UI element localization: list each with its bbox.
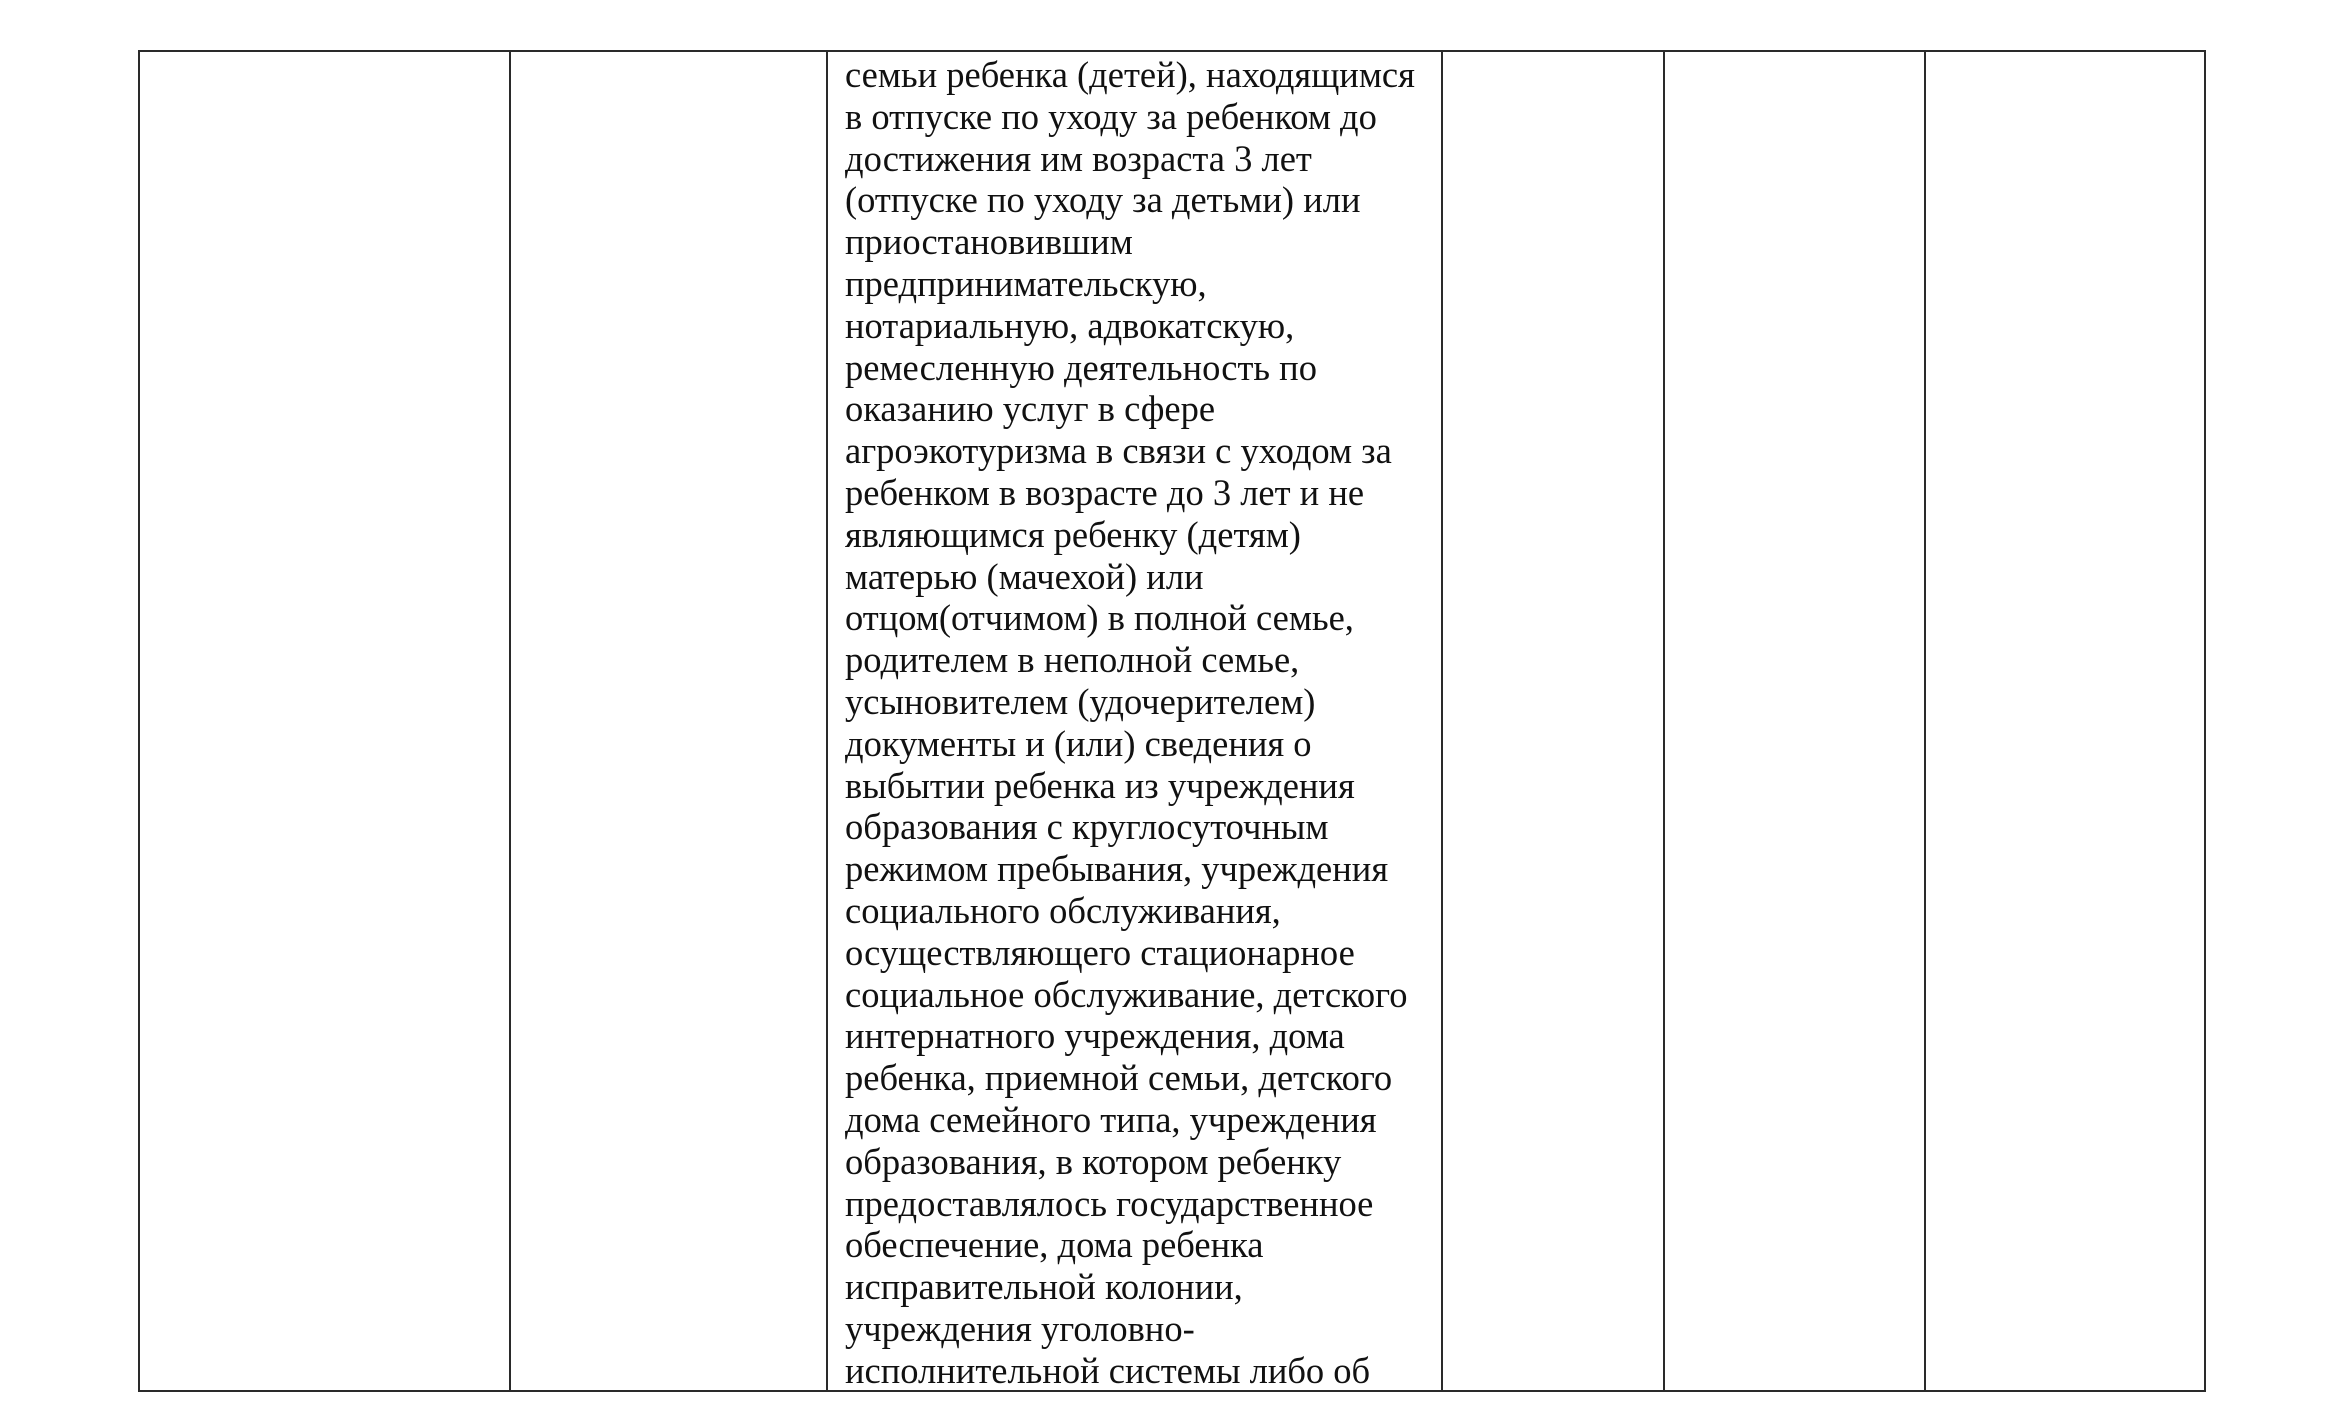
text-line: нотариальную, адвокатскую, bbox=[845, 305, 1441, 347]
text-line: агроэкотуризма в связи с уходом за bbox=[845, 430, 1441, 472]
table-cell-col-6 bbox=[1925, 51, 2205, 1391]
cell-text-block: семьи ребенка (детей), находящимсяв отпу… bbox=[828, 52, 1441, 1390]
text-line: выбытии ребенка из учреждения bbox=[845, 765, 1441, 807]
text-line: являющимся ребенку (детям) bbox=[845, 514, 1441, 556]
text-line: учреждения уголовно- bbox=[845, 1308, 1441, 1350]
table-cell-col-3: семьи ребенка (детей), находящимсяв отпу… bbox=[827, 51, 1442, 1391]
text-line: образования с круглосуточным bbox=[845, 806, 1441, 848]
text-line: в отпуске по уходу за ребенком до bbox=[845, 96, 1441, 138]
table-cell-col-2 bbox=[510, 51, 827, 1391]
text-line: режимом пребывания, учреждения bbox=[845, 848, 1441, 890]
table-cell-col-1 bbox=[139, 51, 510, 1391]
table-row: семьи ребенка (детей), находящимсяв отпу… bbox=[139, 51, 2205, 1391]
text-line: приостановившим bbox=[845, 221, 1441, 263]
text-line: усыновителем (удочерителем) bbox=[845, 681, 1441, 723]
text-line: документы и (или) сведения о bbox=[845, 723, 1441, 765]
text-line: исправительной колонии, bbox=[845, 1266, 1441, 1308]
text-line: исполнительной системы либо об bbox=[845, 1350, 1441, 1390]
text-line: социального обслуживания, bbox=[845, 890, 1441, 932]
text-line: семьи ребенка (детей), находящимся bbox=[845, 54, 1441, 96]
text-line: матерью (мачехой) или bbox=[845, 556, 1441, 598]
text-line: образования, в котором ребенку bbox=[845, 1141, 1441, 1183]
text-line: обеспечение, дома ребенка bbox=[845, 1224, 1441, 1266]
text-line: оказанию услуг в сфере bbox=[845, 388, 1441, 430]
text-line: отцом(отчимом) в полной семье, bbox=[845, 597, 1441, 639]
text-line: осуществляющего стационарное bbox=[845, 932, 1441, 974]
text-line: дома семейного типа, учреждения bbox=[845, 1099, 1441, 1141]
document-page: семьи ребенка (детей), находящимсяв отпу… bbox=[0, 0, 2339, 1409]
text-line: интернатного учреждения, дома bbox=[845, 1015, 1441, 1057]
table-cell-col-5 bbox=[1664, 51, 1925, 1391]
table-cell-col-4 bbox=[1442, 51, 1664, 1391]
document-table: семьи ребенка (детей), находящимсяв отпу… bbox=[138, 50, 2206, 1392]
text-line: ремесленную деятельность по bbox=[845, 347, 1441, 389]
text-line: достижения им возраста 3 лет bbox=[845, 138, 1441, 180]
text-line: (отпуске по уходу за детьми) или bbox=[845, 179, 1441, 221]
text-line: предоставлялось государственное bbox=[845, 1183, 1441, 1225]
text-line: ребенка, приемной семьи, детского bbox=[845, 1057, 1441, 1099]
text-line: родителем в неполной семье, bbox=[845, 639, 1441, 681]
text-line: социальное обслуживание, детского bbox=[845, 974, 1441, 1016]
text-line: ребенком в возрасте до 3 лет и не bbox=[845, 472, 1441, 514]
text-line: предпринимательскую, bbox=[845, 263, 1441, 305]
